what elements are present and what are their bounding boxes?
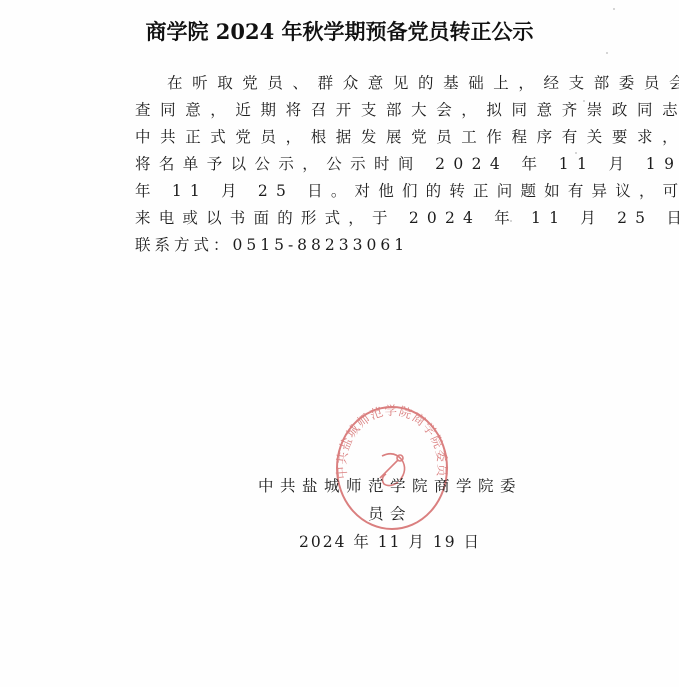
signature-organization: 中共盐城师范学院商学院委员会 [250, 472, 530, 528]
document-page: 商学院 2024 年秋学期预备党员转正公示 在听取党员、群众意见的基础上，经支部… [0, 0, 679, 687]
body-line-2: 查同意，近期将召开支部大会，拟同意齐崇政同志转为 [135, 97, 567, 124]
body-line-7-contact: 联系方式：0515-88233061 [135, 232, 567, 259]
document-title: 商学院 2024 年秋学期预备党员转正公示 [0, 16, 679, 46]
body-line-4: 将名单予以公示，公示时间 2024 年 11 月 19 日-2024 [135, 151, 567, 178]
body-line-6: 来电或以书面的形式，于 2024 年 11 月 25 日前反映， [135, 205, 567, 232]
document-body: 在听取党员、群众意见的基础上，经支部委员会审 查同意，近期将召开支部大会，拟同意… [135, 70, 567, 259]
scan-speck [575, 152, 577, 154]
body-line-5: 年 11 月 25 日。对他们的转正问题如有异议，可来人、 [135, 178, 567, 205]
body-line-1: 在听取党员、群众意见的基础上，经支部委员会审 [135, 70, 567, 97]
scan-speck [510, 220, 512, 222]
scan-speck [613, 8, 615, 10]
signature-block: 中共盐城师范学院商学院委员会 2024 年 11 月 19 日 [250, 472, 530, 556]
signature-date: 2024 年 11 月 19 日 [250, 528, 530, 556]
svg-text:中共盐城师范学院商学院委员会: 中共盐城师范学院商学院委员会 [334, 404, 450, 479]
scan-speck [583, 100, 585, 102]
body-line-3: 中共正式党员，根据发展党员工作程序有关要求，现 [135, 124, 567, 151]
scan-speck [606, 52, 608, 54]
